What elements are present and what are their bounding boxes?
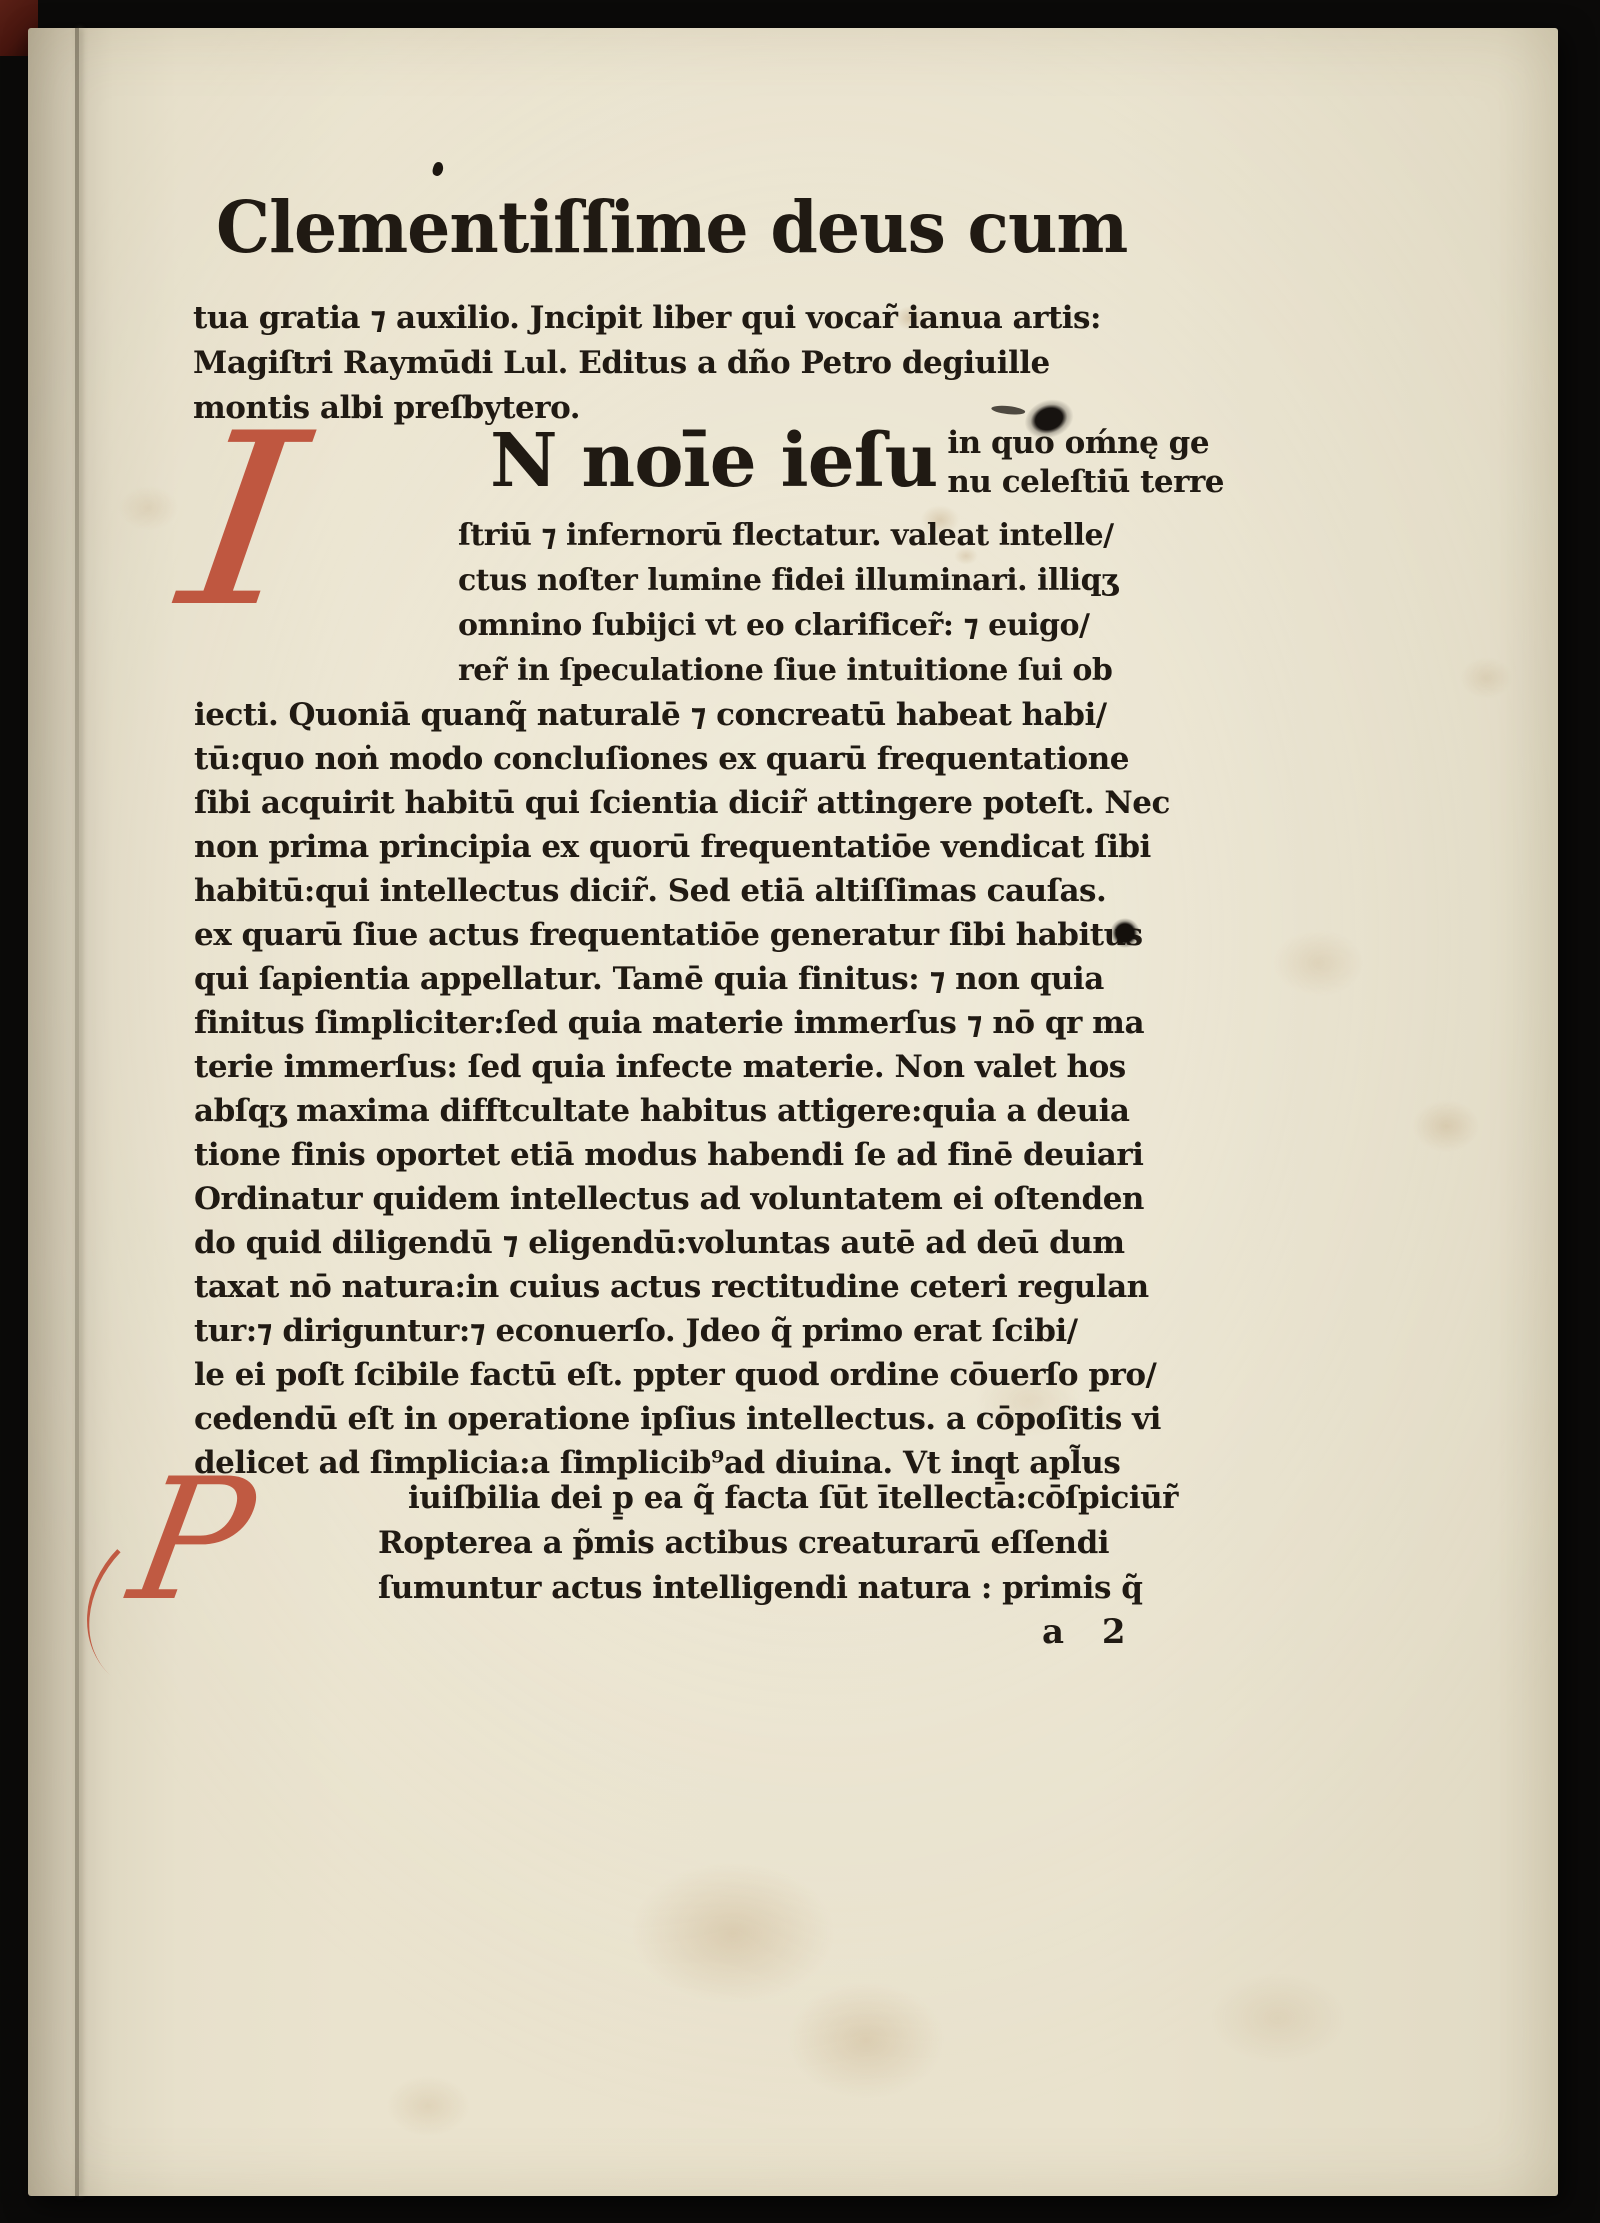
ink-blot (1110, 918, 1140, 948)
text-line: iecti. Quoniā quanq̃ naturalē ⁊ concreat… (194, 693, 1229, 737)
text-line: abſqʒ maxima difftcultate habitus attige… (194, 1089, 1229, 1133)
side-gloss-line: in quo oḿnę ge (947, 424, 1224, 463)
text-line: do quid diligendū ⁊ eligendū:voluntas au… (194, 1221, 1229, 1265)
indented-text-block: ſtriū ⁊ infernorū flectatur. valeat inte… (458, 513, 1228, 693)
text-line: ctus noſter lumine fidei illuminari. ill… (458, 558, 1228, 603)
text-line: ſtriū ⁊ infernorū flectatur. valeat inte… (458, 513, 1228, 558)
text-line: Ordinatur quidem intellectus ad voluntat… (194, 1177, 1229, 1221)
text-line: cedendū eſt in operatione ipſius intelle… (194, 1397, 1229, 1441)
text-line: ſibi acquirit habitū qui ſcientia dicir̃… (194, 781, 1229, 825)
text-line: tū:quo noṅ modo concluſiones ex quarū fr… (194, 737, 1229, 781)
text-line: terie immerſus: ſed quia infecte materie… (194, 1045, 1229, 1089)
rubricated-initial-P: P (122, 1460, 263, 1620)
text-line: taxat nō natura:in cuius actus rectitudi… (194, 1265, 1229, 1309)
text-line: non prima principia ex quorū frequentati… (194, 825, 1229, 869)
text-line: habitū:qui intellectus dicir̃. Sed etiā … (194, 869, 1229, 913)
opening-large-text: N noīe ieſu (490, 418, 937, 504)
rubricated-initial-I: I (173, 414, 313, 629)
closing-text-block: iuiſbilia dei p̱ ea q̃ facta ſūt ītellec… (378, 1476, 1238, 1611)
text-line: ex quarū ſiue actus frequentatiōe genera… (194, 913, 1229, 957)
ink-speck (431, 161, 444, 177)
text-line: tur:⁊ diriguntur:⁊ econuerſo. Jdeo q̃ pr… (194, 1309, 1229, 1353)
text-line: omnino ſubijci vt eo clarificer̃: ⁊ euig… (458, 603, 1228, 648)
text-line: tione finis oportet etiā modus habendi ſ… (194, 1133, 1229, 1177)
text-line: rer̃ in ſpeculatione ſiue intuitione ſui… (458, 648, 1228, 693)
signature-mark: a 2 (1042, 1612, 1126, 1652)
heading-line: tua gratia ⁊ auxilio. Jncipit liber qui … (193, 296, 1193, 341)
book-page: Clementiſſime deus cum tua gratia ⁊ auxi… (28, 28, 1558, 2196)
opening-words: N noīe ieſuin quo oḿnę genu celeſtiū ter… (490, 418, 1224, 504)
side-gloss: in quo oḿnę genu celeſtiū terre (947, 424, 1224, 502)
text-line: Ropterea a p̃mis actibus creaturarū eſſe… (378, 1521, 1238, 1566)
text-line: le ei poſt ſcibile factū eſt. ppter quod… (194, 1353, 1229, 1397)
text-line: ſumuntur actus intelligendi natura : pri… (378, 1566, 1238, 1611)
incipit-title: Clementiſſime deus cum (216, 186, 1226, 269)
text-line: iuiſbilia dei p̱ ea q̃ facta ſūt ītellec… (378, 1476, 1238, 1521)
heading-line: Magiſtri Raymūdi Lul. Editus a dño Petro… (193, 341, 1193, 386)
text-line: qui ſapientia appellatur. Tamē quia fini… (194, 957, 1229, 1001)
main-text-block: iecti. Quoniā quanq̃ naturalē ⁊ concreat… (194, 693, 1229, 1485)
gutter-crease (75, 28, 79, 2196)
text-line: finitus ſimpliciter:ſed quia materie imm… (194, 1001, 1229, 1045)
side-gloss-line: nu celeſtiū terre (947, 463, 1224, 502)
